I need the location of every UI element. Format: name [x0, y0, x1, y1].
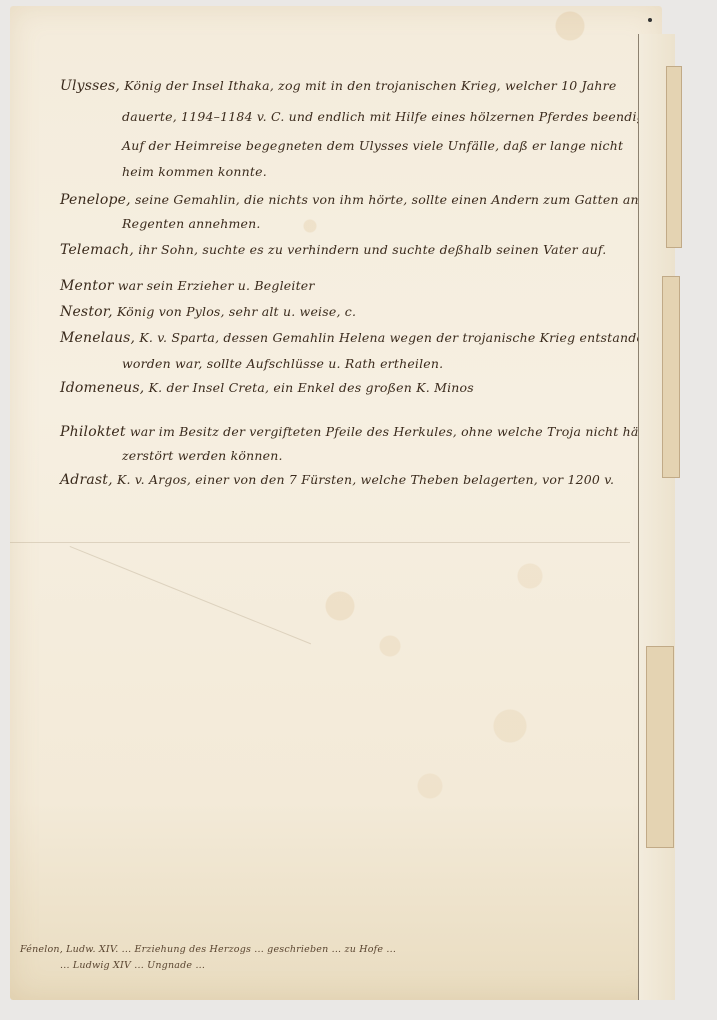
footnote-line: ... Ludwig XIV ... Ungnade ... — [60, 960, 205, 971]
entry-text: ihr Sohn, suchte es zu verhindern und su… — [138, 242, 606, 257]
entry-menelaus: Menelaus, K. v. Sparta, dessen Gemahlin … — [60, 330, 652, 346]
entry-philoktet: Philoktet war im Besitz der vergifteten … — [60, 424, 657, 440]
entry-idomeneus: Idomeneus, K. der Insel Creta, ein Enkel… — [60, 380, 474, 396]
footnote-line: Fénelon, Ludw. XIV. ... Erziehung des He… — [20, 944, 396, 955]
entry-name: Adrast, — [60, 472, 113, 488]
entry-name: Ulysses, — [60, 78, 120, 94]
entry-text: heim kommen konnte. — [122, 164, 267, 179]
entry-name: Nestor, — [60, 304, 113, 320]
paper-repair-tab — [666, 66, 682, 248]
entry-adrast: Adrast, K. v. Argos, einer von den 7 Für… — [60, 472, 614, 488]
entry-name: Penelope, — [60, 192, 131, 208]
fold-line — [10, 542, 630, 543]
entry-text: seine Gemahlin, die nichts von ihm hörte… — [135, 192, 639, 207]
paper-crease — [25, 546, 311, 756]
entry-penelope: Penelope, seine Gemahlin, die nichts von… — [60, 192, 639, 208]
entry-name: Menelaus, — [60, 330, 135, 346]
entry-text: König von Pylos, sehr alt u. weise, c. — [117, 304, 356, 319]
entry-text: zerstört werden können. — [122, 448, 283, 463]
entry-text: war im Besitz der vergifteten Pfeile des… — [130, 424, 657, 439]
ink-dot — [648, 18, 652, 22]
entry-text: K. der Insel Creta, ein Enkel des großen… — [149, 380, 474, 395]
entry-text: K. v. Sparta, dessen Gemahlin Helena weg… — [139, 330, 652, 345]
entry-name: Idomeneus, — [60, 380, 144, 396]
manuscript-page: Ulysses, König der Insel Ithaka, zog mit… — [10, 6, 662, 1000]
entry-text: war sein Erzieher u. Begleiter — [118, 278, 315, 293]
entry-nestor: Nestor, König von Pylos, sehr alt u. wei… — [60, 304, 356, 320]
entry-name: Telemach, — [60, 242, 134, 258]
entry-text: Regenten annehmen. — [122, 216, 261, 231]
entry-ulysses: Ulysses, König der Insel Ithaka, zog mit… — [60, 78, 616, 94]
entry-text: Auf der Heimreise begegneten dem Ulysses… — [122, 138, 623, 153]
entry-name: Mentor — [60, 278, 114, 294]
entry-text: König der Insel Ithaka, zog mit in den t… — [124, 78, 616, 93]
entry-telemach: Telemach, ihr Sohn, suchte es zu verhind… — [60, 242, 606, 258]
paper-repair-tab — [662, 276, 680, 478]
paper-repair-tab — [646, 646, 674, 848]
entry-text: worden war, sollte Aufschlüsse u. Rath e… — [122, 356, 443, 371]
entry-text: dauerte, 1194–1184 v. C. und endlich mit… — [122, 109, 654, 124]
entry-mentor: Mentor war sein Erzieher u. Begleiter — [60, 278, 315, 294]
entry-name: Philoktet — [60, 424, 126, 440]
entry-text: K. v. Argos, einer von den 7 Fürsten, we… — [117, 472, 614, 487]
